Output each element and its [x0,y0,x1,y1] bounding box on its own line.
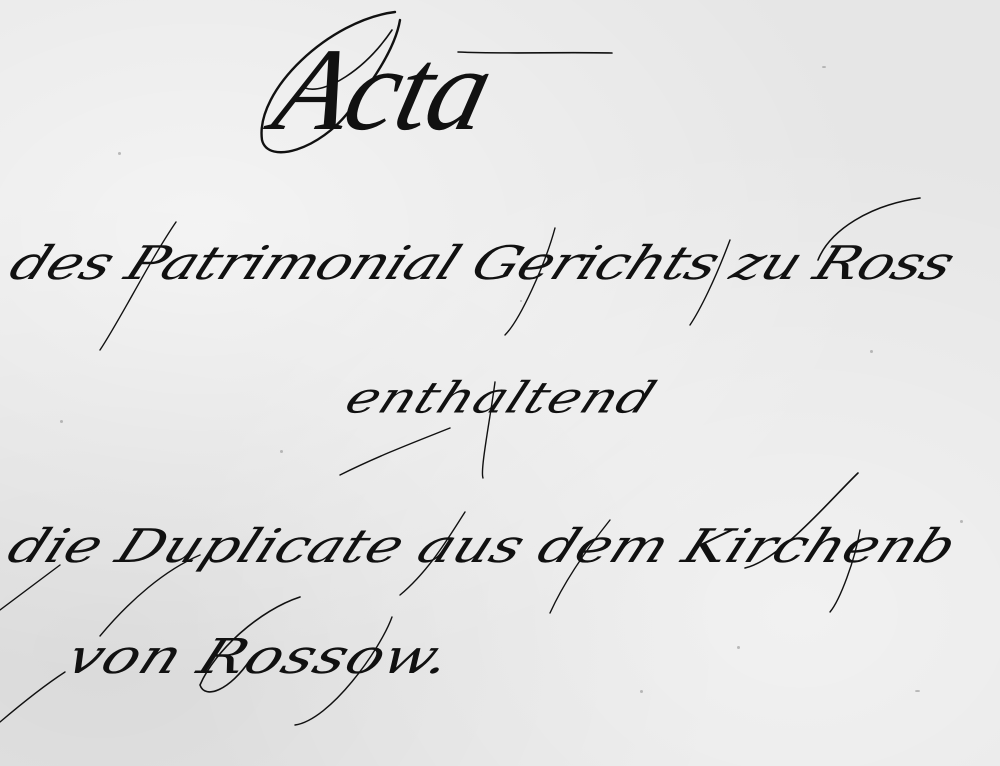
document-page: Acta des Patrimonial Gerichts zu Ross en… [0,0,1000,766]
paper-speck [915,690,920,692]
paper-speck [280,450,283,453]
paper-speck [822,66,826,68]
text-line-2: enthaltend [338,373,664,423]
text-line-1: des Patrimonial Gerichts zu Ross [2,236,962,290]
paper-speck [870,350,873,353]
document-title: Acta [262,22,504,158]
paper-speck [118,152,121,155]
paper-speck [520,300,522,302]
paper-speck [737,646,740,649]
text-line-3: die Duplicate aus dem Kirchenb [0,519,965,573]
paper-speck [640,690,643,693]
text-line-4: von Rossow. [58,629,462,685]
paper-speck [60,420,63,423]
